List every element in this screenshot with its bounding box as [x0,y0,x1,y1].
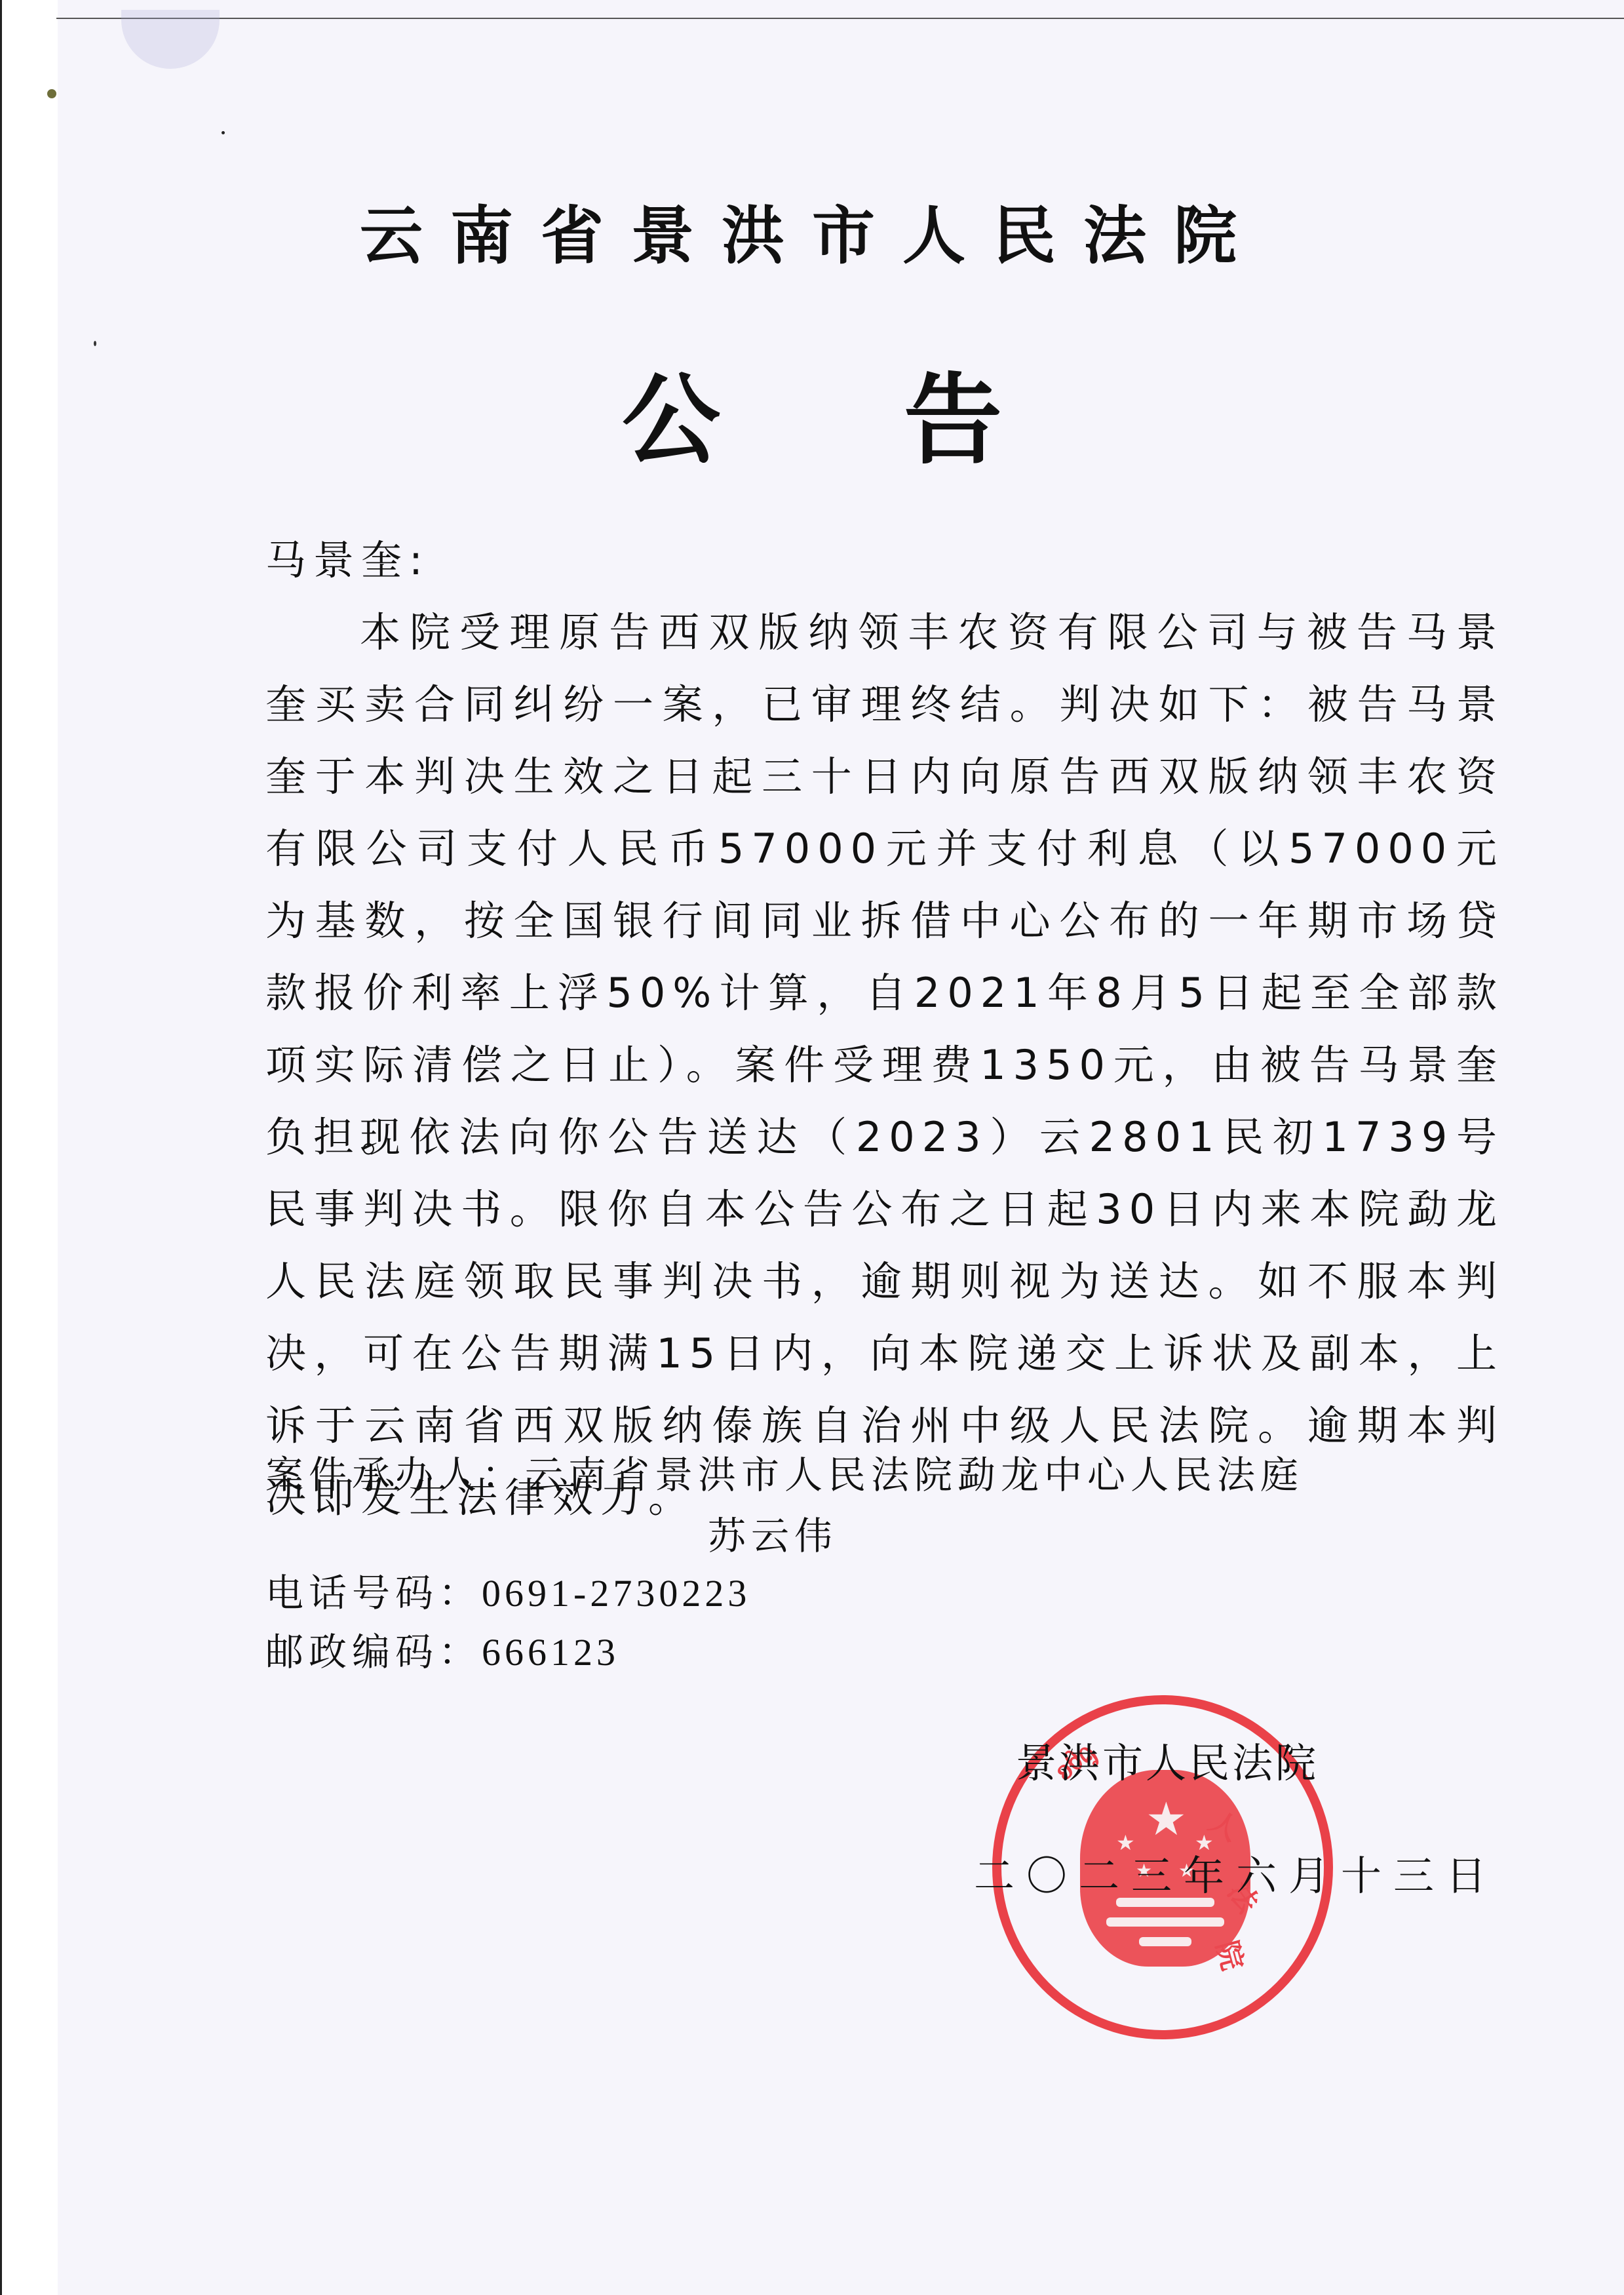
phone-line: 电话号码：0691-2730223 [265,1567,750,1620]
gate-icon [1106,1917,1224,1927]
notice-title-char-1: 公 [622,362,720,480]
case-handler-court: 云南省景洪市人民法院勐龙中心人民法庭 [525,1453,1304,1497]
notice-body: 本院受理原告西双版纳领丰农资有限公司与被告马景奎买卖合同纠纷一案，已审理终结。判… [265,597,1504,1173]
scan-top-border [56,18,1624,19]
case-handler-label: 案件承办人： [265,1453,525,1497]
postal-line: 邮政编码：666123 [265,1626,619,1679]
scan-margin [0,0,58,2295]
judgment-paragraph: 本院受理原告西双版纳领丰农资有限公司与被告马景奎买卖合同纠纷一案，已审理终结。判… [265,597,1504,1173]
signing-date: 二〇二三年六月十三日 [974,1843,1498,1902]
phone-label: 电话号码： [265,1571,482,1615]
case-handler-name: 苏云伟 [708,1510,838,1562]
scan-speck [94,341,96,346]
scan-speck [222,131,225,134]
postal-label: 邮政编码： [265,1630,482,1674]
notice-title-char-2: 告 [904,362,1002,480]
notice-title: 公告 [0,362,1624,480]
big-star-icon: ★ [1146,1796,1187,1842]
signing-court: 景洪市人民法院 [1016,1731,1319,1789]
scan-edge [0,0,2,2295]
case-handler-line: 案件承办人：云南省景洪市人民法院勐龙中心人民法庭 [265,1449,1304,1501]
postal-code: 666123 [482,1631,619,1674]
faded-stamp-mark [121,10,220,69]
scan-speck [47,89,56,98]
phone-number: 0691-2730223 [482,1572,750,1615]
addressee: 马景奎: [265,524,1504,597]
court-name-heading: 云南省景洪市人民法院 [0,197,1624,275]
gate-icon [1139,1937,1191,1946]
